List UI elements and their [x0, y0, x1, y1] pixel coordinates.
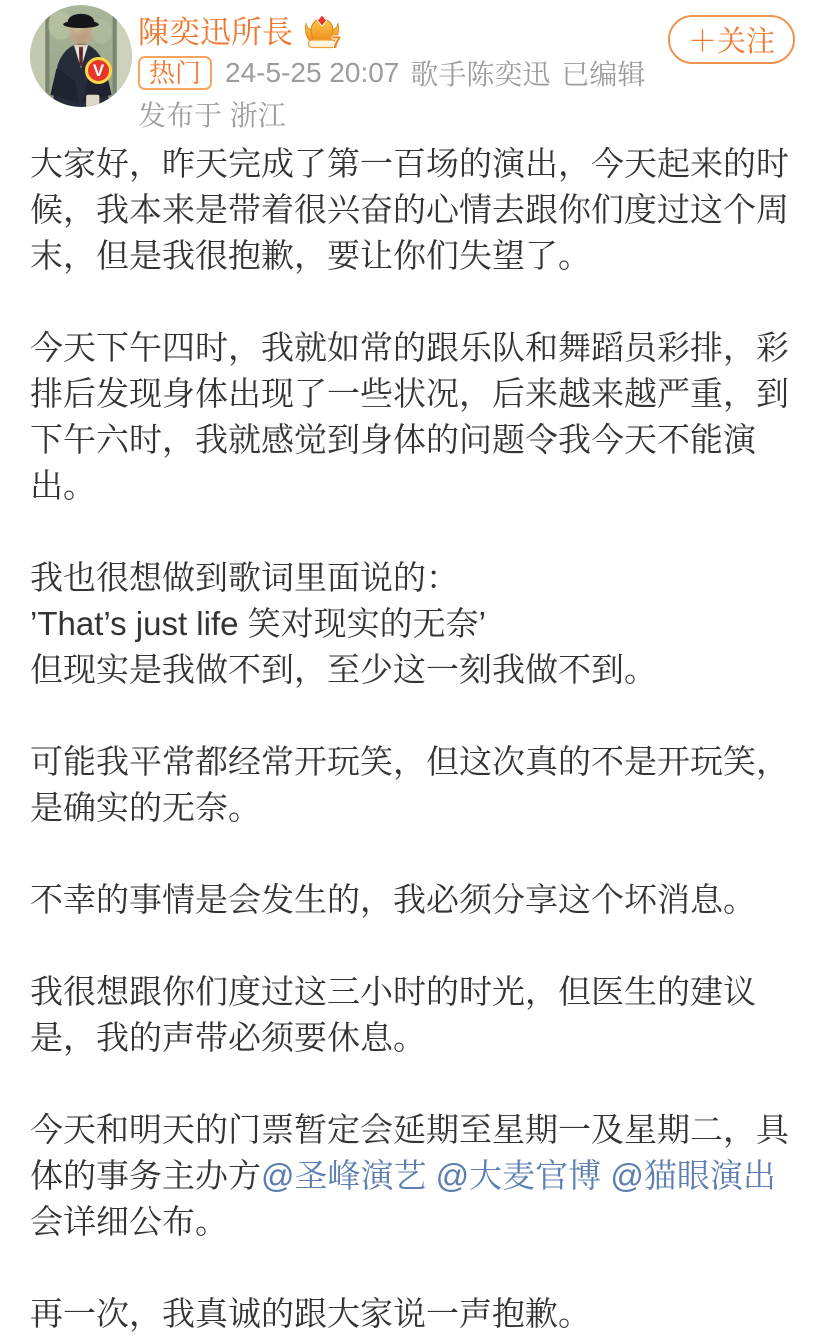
vip-crown-icon: 7 — [302, 14, 342, 51]
location: 发布于 浙江 — [138, 94, 286, 134]
username[interactable]: 陳奕迅所長 — [138, 15, 293, 51]
post-text: 今天下午四时，我就如常的跟乐队和舞蹈员彩排，彩排后发现身体出现了一些状况，后来越… — [30, 329, 789, 504]
post-paragraph: 大家好，昨天完成了第一百场的演出，今天起来的时候，我本来是带着很兴奋的心情去跟你… — [30, 141, 802, 279]
post-text: 我很想跟你们度过这三小时的时光，但医生的建议是，我的声带必须要休息。 — [30, 973, 756, 1056]
post-paragraph: 今天下午四时，我就如常的跟乐队和舞蹈员彩排，彩排后发现身体出现了一些状况，后来越… — [30, 325, 802, 509]
hot-badge: 热门 — [138, 56, 212, 90]
post-body: 大家好，昨天完成了第一百场的演出，今天起来的时候，我本来是带着很兴奋的心情去跟你… — [30, 141, 802, 1337]
post-paragraph: 不幸的事情是会发生的，我必须分享这个坏消息。 — [30, 877, 802, 923]
post-text — [601, 1157, 610, 1194]
post-text: 可能我平常都经常开玩笑，但这次真的不是开玩笑，是确实的无奈。 — [30, 743, 789, 826]
post-paragraph: 我很想跟你们度过这三小时的时光，但医生的建议是，我的声带必须要休息。 — [30, 969, 802, 1061]
post-text: 不幸的事情是会发生的，我必须分享这个坏消息。 — [30, 881, 756, 918]
mention-link[interactable]: @猫眼演出 — [610, 1157, 776, 1194]
post-text: 再一次，我真诚的跟大家说一声抱歉。 — [30, 1295, 591, 1332]
post-paragraph: 我也很想做到歌词里面说的： ’That’s just life 笑对现实的无奈’… — [30, 555, 802, 693]
post-paragraph: 今天和明天的门票暂定会延期至星期一及星期二，具体的事务主办方@圣峰演艺 @大麦官… — [30, 1107, 802, 1245]
timestamp: 24-5-25 20:07 — [225, 57, 399, 89]
post-text — [427, 1157, 436, 1194]
source: 歌手陈奕迅 — [410, 53, 550, 93]
edited-label: 已编辑 — [561, 53, 645, 93]
weibo-post-page: V 陳奕迅所長 7 — [0, 0, 828, 1343]
post-text: 我也很想做到歌词里面说的： ’That’s just life 笑对现实的无奈’… — [30, 559, 657, 688]
post-paragraph: 再一次，我真诚的跟大家说一声抱歉。 — [30, 1291, 802, 1337]
avatar-image — [30, 5, 132, 107]
vip-level: 7 — [332, 34, 341, 51]
meta-line: 热门 24-5-25 20:07 歌手陈奕迅 已编辑 — [138, 56, 645, 90]
avatar[interactable]: V — [30, 5, 132, 107]
verified-letter: V — [93, 62, 104, 79]
user-line: 陳奕迅所長 7 — [138, 14, 342, 51]
mention-link[interactable]: @圣峰演艺 — [261, 1157, 427, 1194]
post-paragraph: 可能我平常都经常开玩笑，但这次真的不是开玩笑，是确实的无奈。 — [30, 739, 802, 831]
verified-badge-icon: V — [85, 57, 112, 84]
mention-link[interactable]: @大麦官博 — [436, 1157, 602, 1194]
follow-button[interactable]: ＋关注 — [668, 15, 795, 64]
post-text: 大家好，昨天完成了第一百场的演出，今天起来的时候，我本来是带着很兴奋的心情去跟你… — [30, 145, 789, 274]
